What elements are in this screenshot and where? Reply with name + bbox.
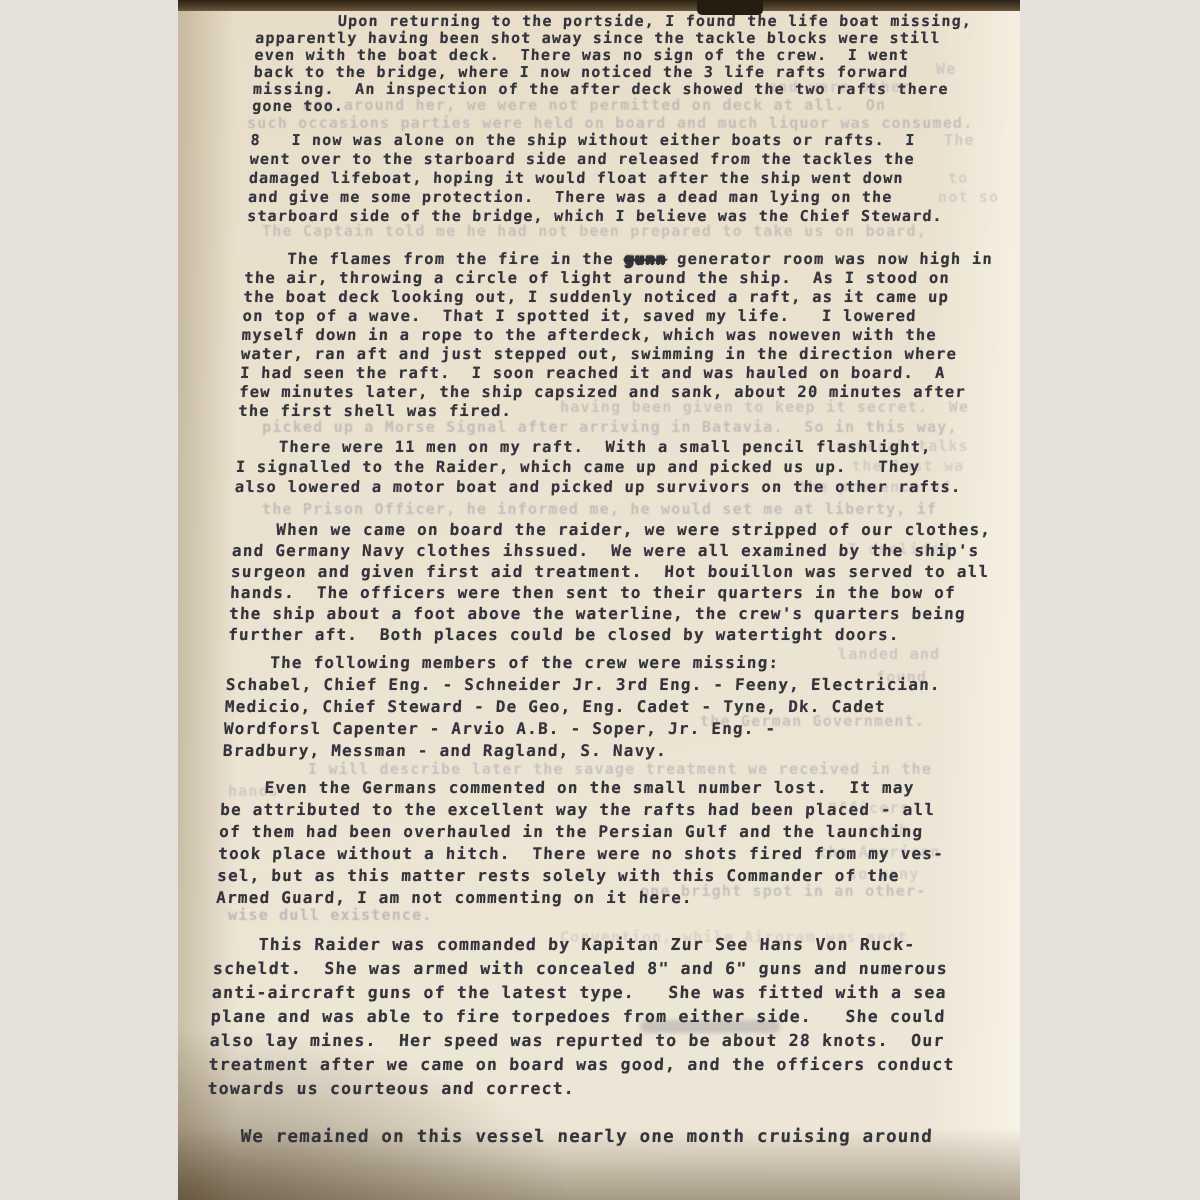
text-line: There were 11 men on my raft. With a sma… [236,437,964,457]
text-line: also lay mines. Her speed was repurted t… [209,1029,956,1053]
text-line: treatment after we came on board was goo… [208,1053,955,1077]
text-line: scheldt. She was armed with concealed 8"… [212,957,959,981]
text-line: myself down in a rope to the afterdeck, … [241,326,990,345]
paragraph-8: This Raider was commanded by Kapitan Zur… [207,933,961,1101]
text-line: Schabel, Chief Eng. - Schneider Jr. 3rd … [225,674,941,696]
text-line: the air, throwing a circle of light arou… [244,269,993,288]
text-line: The following members of the crew were m… [226,652,942,674]
text-line: starboard side of the bridge, which I be… [247,207,944,226]
text-line: Medicio, Chief Steward - De Geo, Eng. Ca… [224,696,940,718]
text-line: This Raider was commanded by Kapitan Zur… [214,933,961,957]
text-line: back to the bridge, where I now noticed … [253,64,970,81]
struck-out-word: gunn [624,250,667,268]
text-line: and give me some protection. There was a… [248,188,945,207]
paragraph-3: The flames from the fire in the gunn gen… [238,250,994,421]
text-line: also lowered a motor boat and picked up … [234,477,962,497]
text-line: 8 I now was alone on the ship without ei… [250,131,947,150]
text-line: towards us courteous and correct. [207,1077,954,1101]
paragraph-9: We remained on this vessel nearly one mo… [205,1125,934,1149]
text-line: The flames from the fire in the gunn gen… [245,250,994,269]
text-line: Even the Germans commented on the small … [221,777,948,799]
text-line: Bradbury, Messman - and Ragland, S. Navy… [222,740,938,762]
paragraph-2: 8 I now was alone on the ship without ei… [247,131,947,226]
text-line: sel, but as this matter rests solely wit… [217,865,944,887]
text-line: of them had been overhauled in the Persi… [219,821,946,843]
text-line: surgeon and given first aid treatment. H… [231,561,990,582]
text-line: even with the boat deck. There was no si… [254,47,971,64]
text-line: gone too. [252,98,969,115]
paragraph-7: Even the Germans commented on the small … [216,777,948,909]
text-line: be attributed to the excellent way the r… [220,799,947,821]
paragraph-4: There were 11 men on my raft. With a sma… [234,437,963,497]
paragraph-1: Upon returning to the portside, I found … [252,13,973,115]
text-line: I signalled to the Raider, which came up… [235,457,963,477]
text-line: the boat deck looking out, I suddenly no… [243,288,992,307]
text-line: few minutes later, the ship capsized and… [239,383,988,402]
text-line: on top of a wave. That I spotted it, sav… [242,307,991,326]
text-line: anti-aircraft guns of the latest type. S… [211,981,958,1005]
typed-text-layer: Upon returning to the portside, I found … [203,0,1057,1200]
text-line: Wordforsl Capenter - Arvio A.B. - Soper,… [223,718,939,740]
text-line: plane and was able to fire torpedoes fro… [210,1005,957,1029]
text-line: missing. An inspection of the after deck… [253,81,970,98]
text-line: We remained on this vessel nearly one mo… [205,1125,934,1149]
text-line: the first shell was fired. [238,402,987,421]
text-line: the ship about a foot above the waterlin… [229,603,988,624]
text-line: water, ran aft and just stepped out, swi… [240,345,989,364]
text-line: apparently having been shot away since t… [255,30,972,47]
text-line: Armed Guard, I am not commenting on it h… [216,887,943,909]
text-line: I had seen the raft. I soon reached it a… [240,364,989,383]
paragraph-5: When we came on board the raider, we wer… [228,519,992,645]
paragraph-6: The following members of the crew were m… [222,652,942,762]
text-line: hands. The officers were then sent to th… [230,582,989,603]
text-line: damaged lifeboat, hoping it would float … [248,169,945,188]
text-line: further aft. Both places could be closed… [228,624,987,645]
text-line: took place without a hitch. There were n… [218,843,945,865]
text-line: Upon returning to the portside, I found … [256,13,973,30]
text-line: and Germany Navy clothes ihssued. We wer… [232,540,991,561]
text-line: went over to the starboard side and rele… [249,150,946,169]
text-line: When we came on board the raider, we wer… [232,519,991,540]
